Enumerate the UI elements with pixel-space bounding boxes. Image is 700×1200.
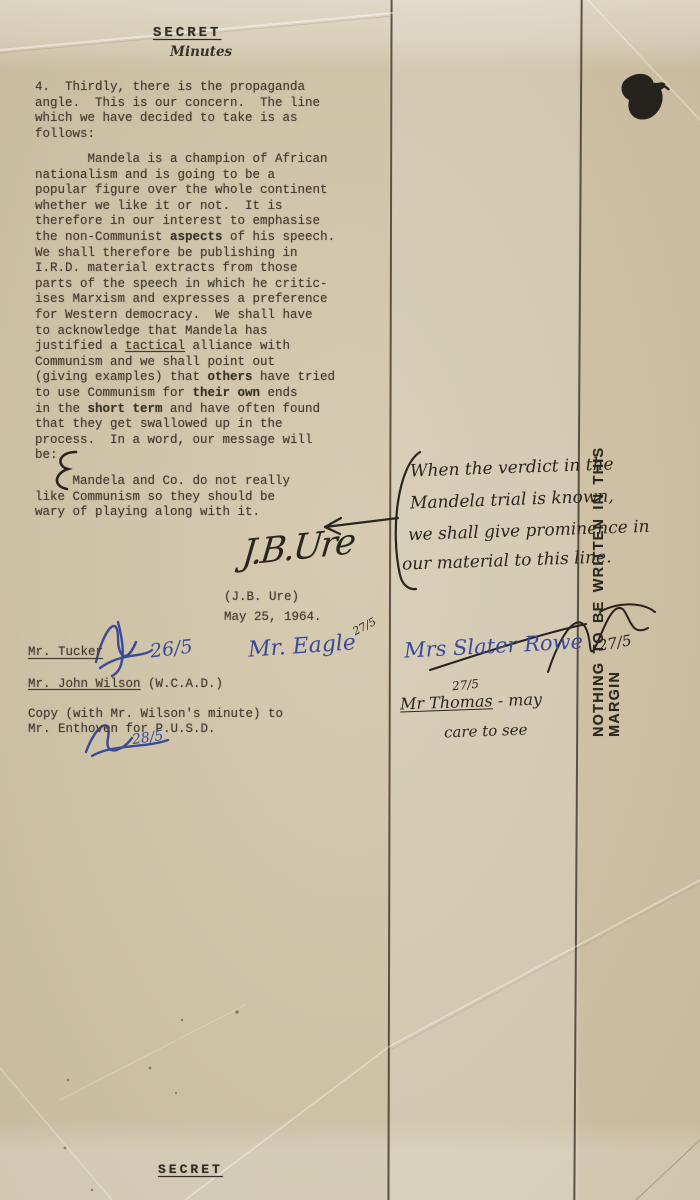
typed-line: We shall therefore be publishing in — [35, 246, 335, 262]
signature-typed-name: (J.B. Ure) — [224, 590, 299, 606]
signature-scrawl: J.B.Ure — [240, 522, 356, 574]
routing-tucker: Mr. Tucker — [28, 645, 103, 661]
margin-stamp: NOTHING TO BE WRITTEN IN THIS MARGIN — [591, 385, 623, 737]
classification-top: SECRET — [153, 25, 221, 41]
typed-line: parts of the speech in which he critic- — [35, 277, 335, 293]
typed-line: in the short term and have often found — [35, 402, 335, 418]
typed-line: which we have decided to take is as — [35, 111, 320, 127]
margin-rule-left — [387, 0, 392, 1200]
eagle-date-annotation: 27/5 — [350, 615, 378, 638]
typed-line: like Communism so they should be — [35, 490, 290, 506]
signature-date: May 25, 1964. — [224, 610, 322, 626]
tucker-date-annotation: 26/5 — [149, 635, 194, 662]
paragraph-4: 4. Thirdly, there is the propagandaangle… — [35, 80, 320, 142]
routing-copy-line-1: Copy (with Mr. Wilson's minute) to — [28, 707, 283, 723]
margin-rule-right — [573, 0, 582, 1200]
typed-line: that they get swallowed up in the — [35, 417, 335, 433]
typed-line: to acknowledge that Mandela has — [35, 324, 335, 340]
typed-line: for Western democracy. We shall have — [35, 308, 335, 324]
classification-bottom: SECRET — [158, 1162, 223, 1177]
document-page: SECRET Minutes 4. Thirdly, there is the … — [0, 0, 700, 1200]
ink-blot-tail — [654, 84, 669, 90]
typed-line: the non-Communist aspects of his speech. — [35, 230, 335, 246]
verdict-note-line-2: Mandela trial is known, — [410, 486, 614, 513]
typed-line: nationalism and is going to be a — [35, 168, 335, 184]
doc-type-heading: Minutes — [170, 44, 232, 60]
policy-paragraph: Mandela is a champion of Africannational… — [35, 152, 335, 464]
message-paragraph: Mandela and Co. do not reallylike Commun… — [35, 474, 290, 521]
typed-line: justified a tactical alliance with — [35, 339, 335, 355]
typed-line: wary of playing along with it. — [35, 505, 290, 521]
typed-line: be: — [35, 448, 335, 464]
typed-line: Mandela and Co. do not really — [35, 474, 290, 490]
routing-wilson: Mr. John Wilson (W.C.A.D.) — [28, 677, 223, 693]
ink-blot — [622, 74, 666, 120]
typed-line: angle. This is our concern. The line — [35, 96, 320, 112]
typed-line: I.R.D. material extracts from those — [35, 261, 335, 277]
thomas-note-line-1: Mr Thomas - may — [400, 690, 543, 714]
typed-line: whether we like it or not. It is — [35, 199, 335, 215]
typed-line: process. In a word, our message will — [35, 433, 335, 449]
verdict-note-line-1: When the verdict in the — [410, 454, 614, 481]
typed-line: Mandela is a champion of African — [35, 152, 335, 168]
typed-line: follows: — [35, 127, 320, 143]
typed-line: ises Marxism and expresses a preference — [35, 292, 335, 308]
tucker-initials-scrawl — [96, 622, 152, 676]
typed-line: therefore in our interest to emphasise — [35, 214, 335, 230]
routing-copy-line-2: Mr. Enthoven for P.U.S.D. — [28, 722, 216, 738]
thomas-note-line-2: care to see — [444, 721, 528, 742]
slater-name-annotation: Mrs Slater Rowe — [403, 629, 583, 662]
typed-line: popular figure over the whole continent — [35, 183, 335, 199]
typed-line: Communism and we shall point out — [35, 355, 335, 371]
typed-line: to use Communism for their own ends — [35, 386, 335, 402]
verdict-note-line-4: our material to this line. — [402, 547, 612, 574]
eagle-name-annotation: Mr. Eagle — [247, 630, 356, 662]
typed-line: (giving examples) that others have tried — [35, 370, 335, 386]
typed-line: 4. Thirdly, there is the propaganda — [35, 80, 320, 96]
enthoven-date-annotation: 28/5 — [131, 728, 164, 748]
